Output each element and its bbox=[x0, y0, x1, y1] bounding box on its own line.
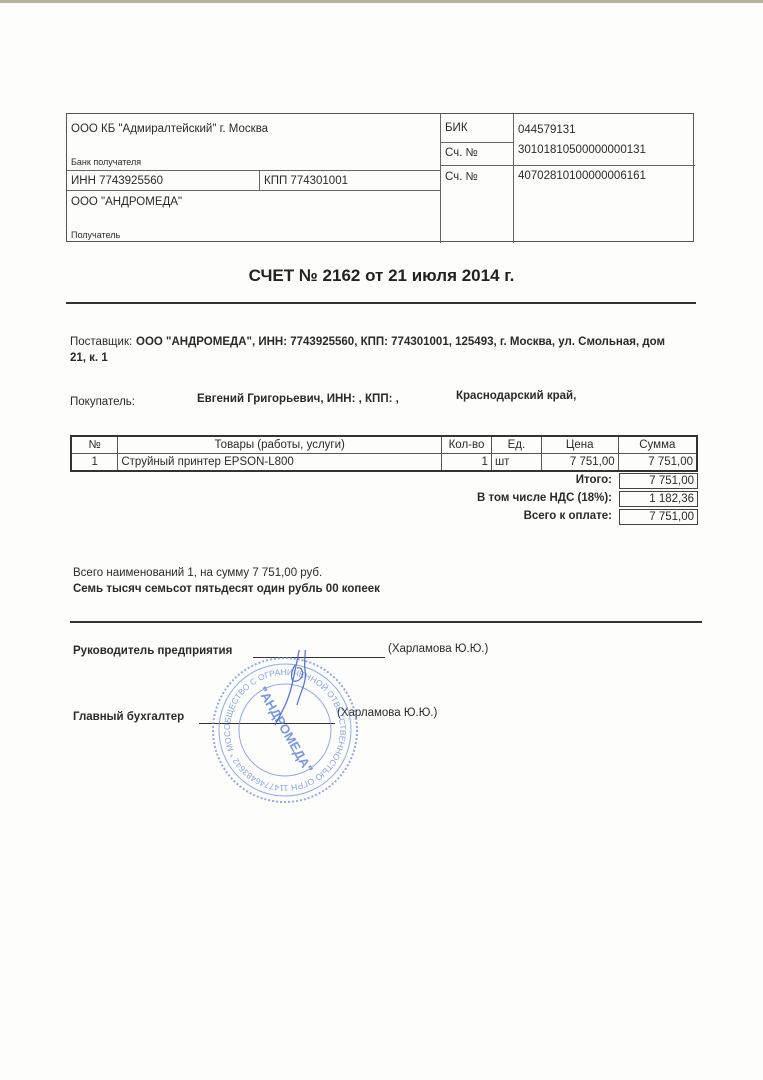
company-stamp-icon: ОБЩЕСТВО С ОГРАНИЧЕННОЙ ОТВЕТСТВЕННОСТЬЮ… bbox=[205, 650, 365, 810]
divider bbox=[440, 142, 513, 143]
header-sum: Сумма bbox=[618, 436, 697, 454]
summary-rule bbox=[70, 621, 702, 623]
header-price: Цена bbox=[541, 436, 618, 454]
vat-value: 1 182,36 bbox=[619, 491, 698, 507]
total-label: Итого: bbox=[412, 474, 612, 486]
summary-count: Всего наименований 1, на сумму 7 751,00 … bbox=[73, 567, 322, 579]
director-name: (Харламова Ю.Ю.) bbox=[388, 643, 488, 655]
divider bbox=[440, 165, 695, 166]
divider bbox=[259, 170, 260, 190]
header-goods: Товары (работы, услуги) bbox=[118, 436, 442, 454]
row-sum: 7 751,00 bbox=[618, 454, 697, 472]
bank-details-block: ООО КБ "Адмиралтейский" г. Москва Банк п… bbox=[66, 113, 694, 242]
stamp-center-text: "АНДРОМЕДА" bbox=[255, 684, 317, 776]
due-value: 7 751,00 bbox=[619, 509, 698, 525]
bik-label: БИК bbox=[445, 122, 468, 134]
recipient-name: ООО "АНДРОМЕДА" bbox=[71, 196, 182, 208]
header-num: № bbox=[71, 436, 118, 454]
header-qty: Кол-во bbox=[442, 436, 492, 454]
divider bbox=[67, 170, 440, 171]
supplier-value-cont: 21, к. 1 bbox=[70, 352, 108, 364]
summary-words: Семь тысяч семьсот пятьдесят один рубль … bbox=[73, 583, 380, 595]
divider bbox=[513, 114, 514, 243]
table-row: 1 Струйный принтер EPSON-L800 1 шт 7 751… bbox=[71, 454, 697, 472]
row-num: 1 bbox=[71, 454, 118, 472]
supplier-label: Поставщик: bbox=[70, 336, 132, 348]
corr-account-value: 30101810500000000131 bbox=[518, 144, 646, 156]
buyer-label: Покупатель: bbox=[70, 396, 135, 408]
header-unit: Ед. bbox=[491, 436, 541, 454]
goods-table: № Товары (работы, услуги) Кол-во Ед. Цен… bbox=[70, 435, 698, 472]
row-qty: 1 bbox=[442, 454, 492, 472]
row-unit: шт bbox=[491, 454, 541, 472]
title-rule bbox=[66, 302, 696, 304]
scan-edge bbox=[0, 0, 763, 3]
accountant-label: Главный бухгалтер bbox=[73, 711, 184, 723]
buyer-region: Краснодарский край, bbox=[456, 390, 576, 402]
bank-name: ООО КБ "Адмиралтейский" г. Москва bbox=[71, 123, 268, 135]
bik-value: 044579131 bbox=[518, 124, 576, 136]
divider bbox=[440, 114, 441, 243]
corr-account-label: Сч. № bbox=[445, 147, 478, 159]
account-value: 40702810100000006161 bbox=[518, 170, 646, 182]
bank-label: Банк получателя bbox=[71, 157, 141, 167]
supplier-value: ООО "АНДРОМЕДА", ИНН: 7743925560, КПП: 7… bbox=[136, 336, 665, 348]
recipient-label: Получатель bbox=[71, 230, 120, 240]
row-name: Струйный принтер EPSON-L800 bbox=[118, 454, 442, 472]
kpp-field: КПП 774301001 bbox=[264, 175, 348, 187]
table-header-row: № Товары (работы, услуги) Кол-во Ед. Цен… bbox=[71, 436, 697, 454]
vat-label: В том числе НДС (18%): bbox=[412, 492, 612, 504]
total-value: 7 751,00 bbox=[619, 473, 698, 489]
invoice-title: СЧЕТ № 2162 от 21 июля 2014 г. bbox=[0, 266, 763, 286]
account-label: Сч. № bbox=[445, 171, 478, 183]
row-price: 7 751,00 bbox=[541, 454, 618, 472]
divider bbox=[67, 190, 440, 191]
buyer-value: Евгений Григорьевич, ИНН: , КПП: , bbox=[197, 393, 399, 405]
due-label: Всего к оплате: bbox=[412, 510, 612, 522]
inn-field: ИНН 7743925560 bbox=[71, 175, 163, 187]
